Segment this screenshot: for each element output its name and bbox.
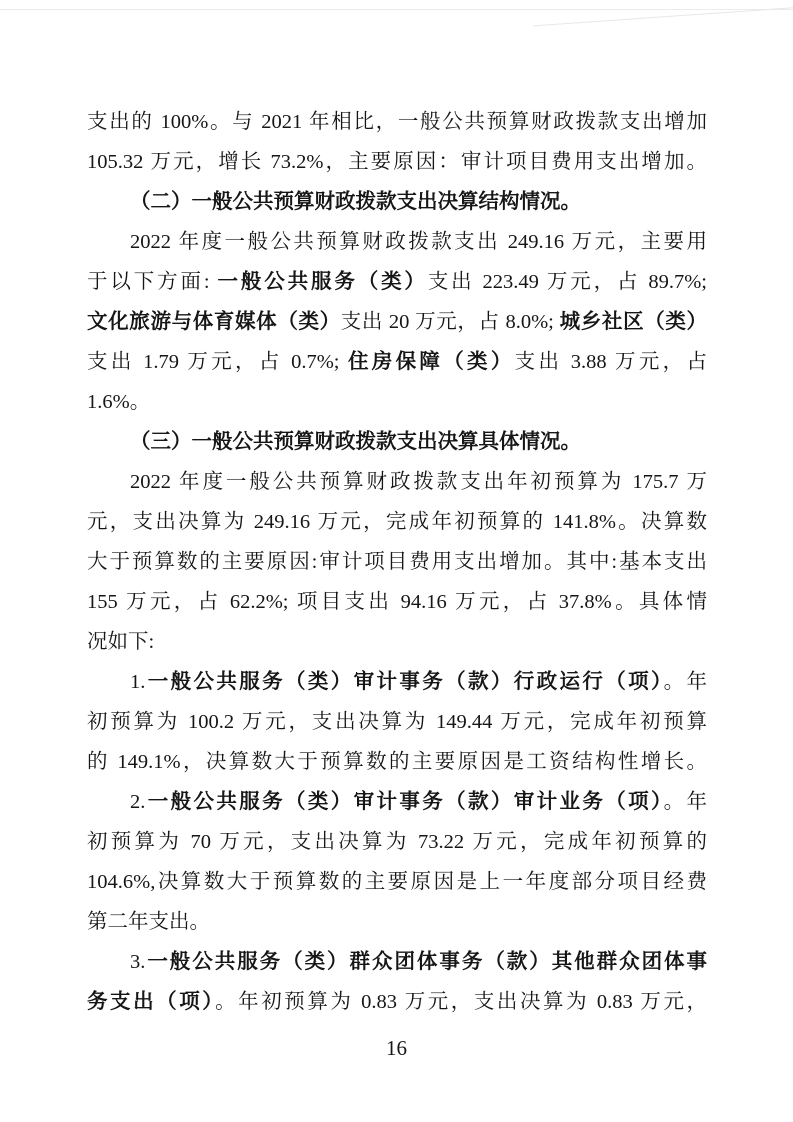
text-line: 支出 1.79 万元，占 0.7%; 住房保障（类）支出 3.88 万元，占: [87, 342, 707, 382]
text-segment: 元，支出决算为 249.16 万元，完成年初预算的 141.8%。决算数: [87, 511, 707, 533]
text-segment-bold: 一般公共服务（类）审计事务（款）审计业务（项）: [145, 791, 663, 813]
text-line: 文化旅游与体育媒体（类）支出 20 万元，占 8.0%; 城乡社区（类）: [87, 302, 707, 342]
text-line: 的 149.1%，决算数大于预算数的主要原因是工资结构性增长。: [87, 742, 707, 782]
text-segment: 初预算为 100.2 万元，支出决算为 149.44 万元，完成年初预算: [87, 711, 707, 733]
text-segment: 2.: [130, 791, 145, 813]
text-line: 元，支出决算为 249.16 万元，完成年初预算的 141.8%。决算数: [87, 502, 707, 542]
text-segment: 支出 3.88 万元，占: [515, 351, 707, 373]
list-item: 1.一般公共服务（类）审计事务（款）行政运行（项）。年: [87, 662, 707, 702]
text-segment: 大于预算数的主要原因:审计项目费用支出增加。其中:基本支出: [87, 551, 707, 573]
text-segment: 支出 20 万元，占 8.0%;: [341, 311, 560, 333]
text-segment: 第二年支出。: [87, 911, 210, 933]
text-line: 初预算为 100.2 万元，支出决算为 149.44 万元，完成年初预算: [87, 702, 707, 742]
scan-artifact-top-line: [0, 9, 793, 10]
text-segment-bold: 住房保障（类）: [348, 351, 515, 373]
text-segment-bold: 一般公共服务（类）审计事务（款）行政运行（项）: [145, 671, 663, 693]
text-segment: 1.: [130, 671, 145, 693]
text-line: 第二年支出。: [87, 902, 707, 942]
text-line: 2022 年度一般公共预算财政拨款支出 249.16 万元，主要用: [87, 222, 707, 262]
body-text: 支出的 100%。与 2021 年相比，一般公共预算财政拨款支出增加 105.3…: [87, 102, 707, 1022]
text-segment: 于以下方面:: [87, 271, 218, 293]
text-segment: 105.32 万元，增长 73.2%，主要原因：审计项目费用支出增加。: [87, 151, 707, 173]
text-segment: 支出 223.49 万元，占 89.7%;: [428, 271, 707, 293]
document-page: 支出的 100%。与 2021 年相比，一般公共预算财政拨款支出增加 105.3…: [0, 0, 793, 1122]
text-line: 104.6%,决算数大于预算数的主要原因是上一年度部分项目经费: [87, 862, 707, 902]
text-segment: 104.6%,决算数大于预算数的主要原因是上一年度部分项目经费: [87, 871, 707, 893]
text-segment-bold: 一般公共服务（类）群众团体事务（款）其他群众团体事: [145, 951, 707, 973]
text-segment: 况如下:: [87, 631, 154, 653]
text-line: 105.32 万元，增长 73.2%，主要原因：审计项目费用支出增加。: [87, 142, 707, 182]
heading-text: （三）一般公共预算财政拨款支出决算具体情况。: [130, 431, 581, 453]
text-segment: 支出的 100%。与 2021 年相比，一般公共预算财政拨款支出增加: [87, 111, 707, 133]
section-heading: （三）一般公共预算财政拨款支出决算具体情况。: [87, 422, 707, 462]
text-segment: 初预算为 70 万元，支出决算为 73.22 万元，完成年初预算的: [87, 831, 707, 853]
text-segment-bold: 城乡社区（类）: [560, 311, 707, 333]
text-segment: 155 万元，占 62.2%; 项目支出 94.16 万元，占 37.8%。具体…: [87, 591, 707, 613]
text-line: 大于预算数的主要原因:审计项目费用支出增加。其中:基本支出: [87, 542, 707, 582]
text-segment: 2022 年度一般公共预算财政拨款支出年初预算为 175.7 万: [130, 471, 707, 493]
text-segment-bold: 文化旅游与体育媒体（类）: [87, 311, 341, 333]
text-line: 初预算为 70 万元，支出决算为 73.22 万元，完成年初预算的: [87, 822, 707, 862]
text-line: 务支出（项）。年初预算为 0.83 万元，支出决算为 0.83 万元，: [87, 982, 707, 1022]
text-line: 于以下方面: 一般公共服务（类）支出 223.49 万元，占 89.7%;: [87, 262, 707, 302]
text-line: 155 万元，占 62.2%; 项目支出 94.16 万元，占 37.8%。具体…: [87, 582, 707, 622]
text-segment: 。年: [664, 791, 707, 813]
text-segment: 2022 年度一般公共预算财政拨款支出 249.16 万元，主要用: [130, 231, 707, 253]
text-segment: 3.: [130, 951, 145, 973]
text-segment: 。年: [664, 671, 707, 693]
text-line: 支出的 100%。与 2021 年相比，一般公共预算财政拨款支出增加: [87, 102, 707, 142]
text-segment-bold: 一般公共服务（类）: [218, 271, 428, 293]
text-segment-bold: 务支出（项）: [87, 991, 215, 1013]
text-segment: 。年初预算为 0.83 万元，支出决算为 0.83 万元，: [215, 991, 707, 1013]
heading-text: （二）一般公共预算财政拨款支出决算结构情况。: [130, 191, 581, 213]
text-line: 况如下:: [87, 622, 707, 662]
text-line: 2022 年度一般公共预算财政拨款支出年初预算为 175.7 万: [87, 462, 707, 502]
section-heading: （二）一般公共预算财政拨款支出决算结构情况。: [87, 182, 707, 222]
list-item: 3.一般公共服务（类）群众团体事务（款）其他群众团体事: [87, 942, 707, 982]
text-segment: 1.6%。: [87, 391, 150, 413]
page-number: 16: [0, 1028, 793, 1068]
text-segment: 的 149.1%，决算数大于预算数的主要原因是工资结构性增长。: [87, 751, 707, 773]
text-segment: 支出 1.79 万元，占 0.7%;: [87, 351, 348, 373]
list-item: 2.一般公共服务（类）审计事务（款）审计业务（项）。年: [87, 782, 707, 822]
text-line: 1.6%。: [87, 382, 707, 422]
